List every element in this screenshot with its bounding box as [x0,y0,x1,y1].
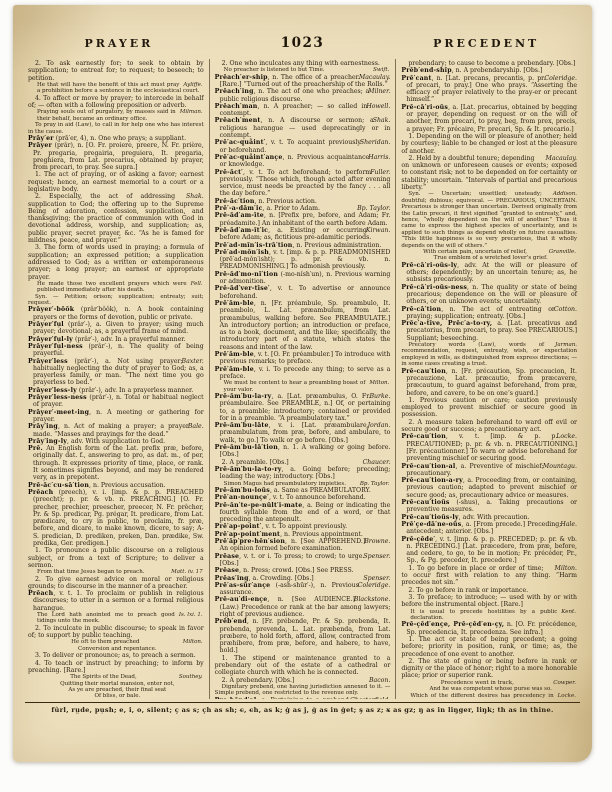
dict-entry: Prē′cantColeridge., n. [Lat. precans, pr… [401,75,577,104]
headword: Prē′-a-dăm′ic [215,205,263,212]
dict-entry: Prē-ăm′bu-loŭs, a. Same as PREAMBULATORY… [215,487,391,494]
dict-entry: Prē-ăm′bu-la-ryBurke., a. [Lat. præambul… [215,393,391,422]
dict-entry: Prē′ad-mĭn′is-trā′tion, n. Previous admi… [215,242,391,249]
dict-entry: Prāyer′fụl-ly (prâr′-), adv. In a prayer… [28,336,204,343]
headword: Prē-cau′tion [401,433,446,440]
headword: Prē-cau′tioŭs [401,499,449,506]
dict-entry: Prē-ăd′ver-tīse′, v. t. To advertise or … [215,285,391,300]
dict-entry: Prāy′ing-ly, adv. With supplication to G… [28,438,204,445]
dict-entry: Prāyer′fụl-ness (prâr′-), n. The quality… [28,343,204,358]
dict-entry: Pre-bĕnd′alChesterfield., a. Pertaining … [215,697,391,699]
dict-quote: Matt. iv. 17From that time Jesus began t… [28,569,204,575]
dict-para: 3. The form of words used in praying; a … [28,244,204,280]
dict-entry: Prēas′ingSpenser., a. Crowding. [Obs.] [215,575,391,582]
dict-entry: Prāyer (prâr), n. [O. Fr. proiere, preer… [28,142,204,171]
citation: Browne. [365,538,390,545]
dict-note: Jarman.Precatory words (Law), words of r… [401,342,577,368]
headword: Prēach′ment [215,117,261,124]
left-guide-word: PRAYER [27,37,211,50]
dict-para: Milton.1. To go before in place or order… [401,565,577,587]
headword: Prē-cā′ri-oŭs-ness [401,284,467,291]
citation: Milton. [365,380,389,386]
dict-para: 1. The act or state of being precedent; … [401,636,577,658]
headword: Prē′ac-quãint′ançe [215,154,283,161]
dict-entry: Prē-cā′ri-oŭs-ness, n. The quality or st… [401,284,577,306]
citation: Bp. Taylor. [358,205,390,212]
scanned-dictionary-page: PRAYER 1023 PRECEDENT 2. To ask earnestl… [13,5,592,762]
citation: Macaulay. [535,155,577,162]
headword: Prāyer′-meet-ing [28,409,89,416]
headword: Prāyer′fụl-ly [28,336,73,343]
dict-para: Bacon.2. A prebendary. [Obs.] [215,677,391,684]
citation: Locke. [557,433,577,440]
headword: Prē′çe-dā′ne-oŭs [401,521,461,528]
dict-entry: Prēach′mentShak., n. A discourse or serm… [215,117,391,139]
dict-para: 1. The stipend or maintenance granted to… [215,655,391,677]
headword: Pre-bĕnd′al [215,697,257,699]
citation: Kent. [557,609,576,615]
headword: Prāy′ing-ly [28,438,67,445]
dict-para: 1. The act of praying, or of asking a fa… [28,171,204,193]
headword: Prē-cau′tion-a-ry [401,477,463,484]
headword: Prē-ăd′am-īte [215,212,264,219]
citation: Bale. [189,423,204,430]
headword: Prē-çēde′ [401,536,435,543]
headword: Prāyer′fụl [28,321,64,328]
dict-para: 2. One who inculcates any thing with ear… [215,60,391,67]
headword: Prēach [28,489,53,496]
headword: Prē-çēd′ençe, Prē-çēd′en-çy, [401,621,504,628]
dict-note: To pray in aid (Law), to call in for hel… [28,122,204,135]
citation: Harris. [369,154,390,161]
dict-quote: Locke.Which of the different desires has… [401,693,577,700]
dict-entry: Prēase, n. Press; crowd. [Obs.] See PRES… [215,567,391,574]
headword: Prē-cā′ri-oŭs [401,104,448,111]
dict-entry: Prē-ăm′bu-lāteJordan., v. i. [Lat. præam… [215,422,391,444]
dict-entry: Prāyer′lessBaxter. (prâr′-), a. Not usin… [28,358,204,387]
dict-entry: Prĕc′a-tīve, Prĕc′a-to-ry, a. [Lat. prec… [401,320,577,342]
dict-entry: Prē′ap-point′ment, n. Previous appointme… [215,531,391,538]
headword: Prēase [215,567,239,574]
dict-entry: Prēach (preech), v. i. [imp. & p. p. PRE… [28,489,204,547]
headword: Prēach′man [215,103,258,110]
headword: Prāyer′less-ly [28,387,77,394]
dict-entry: Prē-ăd′mo-nĭ′tion (-mo-nĭsh′un), n. Prev… [215,271,391,286]
citation: Mountagu. [544,463,577,470]
dict-entry: Prē′as-sūr′ançeColeridge. (-ash-shūr′-),… [215,582,391,597]
headword: Prēase [215,553,239,560]
headword: Prē-cau′tion-al [401,463,455,470]
headword: Prē′ăm-ble [215,351,254,358]
dict-entry: Prē′ac-quãint′Sheridan., v. t. To acquai… [215,139,391,154]
dict-entry: Prē-cau′tioŭs-ly, adv. With precaution. [401,514,577,521]
headword: Prē-cau′tion [401,368,446,375]
headword: Prĕc′a-tīve, Prĕc′a-to-ry, [401,320,492,327]
headword: Prēach [28,590,53,597]
headword: Prē′ap-point′ment [215,531,280,538]
dict-quote: Fell.He made those two excellent prayers… [28,281,204,294]
headword: Prē-cā′tion [401,306,441,313]
dict-entry: Prēach′er-shipMacaulay., n. The office o… [215,74,391,89]
headword: Prē-au′di-ençe [215,596,268,603]
citation: Shak. [175,193,204,200]
citation: Milner. [369,88,390,95]
dict-entry: Prē-ăd′am-ĭt′icKirwan., a. Existing or o… [215,227,391,242]
dict-para: 2. To give earnest advice on moral or re… [28,576,204,591]
dict-entry: Prē-ăd′am-īte, n. [Prefix pre, before, a… [215,212,391,227]
dict-entry: Prē-au′di-ençeBlackstone., n. [See AUDIE… [215,596,391,618]
dict-entry: Prē-ăct′Fuller., v. t. To act beforehand… [215,169,391,198]
dict-entry: Prē′ăp′pre-hĕn′sionBrowne., n. [See APPR… [215,538,391,553]
headword: Prē′ad-mŏn′ish [215,249,269,256]
headword: Prē-ăd′ver-tīse′ [215,285,270,292]
dict-entry: Prē-cā′ri-oŭs-ly, adv. At the will or pl… [401,262,577,284]
citation: Cotton. [555,306,577,313]
dict-entry: Prēach′ingMilner., n. The act of one who… [215,88,391,103]
headword: Prē-ăc′cu-sā′tion [28,482,89,489]
citation: Is. lxi. 1. [175,612,203,618]
dict-para: Shak.2. Especially, the act of addressin… [28,193,204,244]
headword: Prē-ăm′bu-la-ry [215,393,272,400]
citation: Cowper. [549,680,576,686]
dict-syn: Syn. — Petition; orison; supplication; e… [28,294,204,307]
headword: Prē-ăct′ [215,169,243,176]
citation: Blackstone. [355,596,390,603]
dict-entry: Prē-cau′tion, n. [Fr. précaution, Sp. pr… [401,368,577,397]
headword: Prē-ăm′bu-loŭs [215,487,270,494]
dict-entry: Prāyer′-meet-ing, n. A meeting or gather… [28,409,204,424]
dict-entry: Prĕb′end, n. [Fr. prébende, Pr. & Sp. pr… [215,618,391,654]
dict-quote: Kent.It is usual to precede hostilities … [401,609,577,622]
dict-quote: Milton.We must be content to hear a prea… [215,380,391,393]
dict-para: 2. To inculcate in public discourse; to … [28,625,204,640]
dict-para: prebendary; to cause to become a prebend… [401,60,577,67]
citation: Howell. [367,103,390,110]
dict-entry: Prāyer′less-ness (prâr′-), n. Total or h… [28,394,204,409]
citation: Milton. [179,639,203,645]
headword: Prē′ad-mĭn′is-trā′tion [215,242,293,249]
dict-para: 3. To deliver or pronounce; as, to preac… [28,652,204,659]
headword: Prē. [28,445,43,452]
dict-para: 1. Previous caution or care; caution pre… [401,397,577,419]
dict-entry: Prē′ăm-ble, v. i. To precede any thing; … [215,366,391,381]
headword: Prē′an-nounçe′ [215,494,269,501]
dict-entry: Prēach, v. t. 1. To proclaim or publish … [28,590,204,612]
headword: Prāy′er [28,135,54,142]
headword: Prē-ăn′te-pe-nŭlt′i-mate [215,502,303,509]
dict-entry: Prē-cau′tion-alMountagu., a. Preventive … [401,463,577,478]
dict-entry: Prē-çēde′, v. t. [imp. & p. p. PRECEDED;… [401,536,577,565]
dict-entry: Prāyer′fụl (prâr′-), a. Given to prayer;… [28,321,204,336]
citation: Chaucer. [352,459,391,466]
headword: Prĕb′end-shĭp [401,67,451,74]
dict-entry: Prē′çe-dā′ne-oŭsHale., a. [From precede.… [401,521,577,536]
dict-entry: Prē-cau′tionLocke., v. t. [imp. & p. p. … [401,433,577,462]
headword: Prēas′ing [215,575,249,582]
pronunciation-key: fûrl, rṳde, pụsh; e, i, o, silent; ç as … [13,703,592,714]
dictionary-column-1: 2. To ask earnestly for; to seek to obta… [23,59,209,699]
citation: Shak. [374,117,391,124]
dict-para: 2. To ask earnestly for; to seek to obta… [28,60,204,82]
headword: Prāyer′less [28,358,68,365]
headword: Prēach′er-ship [215,74,268,81]
dict-para: Chaucer.2. A preamble. [Obs.] [215,459,391,466]
citation: Sheridan. [361,139,390,146]
citation: Hale. [561,521,577,528]
headword: Prē′ăp′pre-hĕn′sion [215,538,285,545]
dict-entry: Prē′ap-point′, v. t. To appoint previous… [215,523,391,530]
dictionary-column-3: prebendary; to cause to become a prebend… [395,59,582,699]
dict-syn: Addison.Syn. — Uncertain; unsettled; uns… [401,191,577,249]
citation: Spenser. [364,575,390,582]
citation: Bacon. [358,677,390,684]
headword: Prē′ăm-ble [215,366,254,373]
headword: Prē-ăd′am-ĭt′ic [215,227,268,234]
dict-entry: Prē-cā′ri-oŭs, a. [Lat. precarius, obtai… [401,104,577,133]
dict-entry: Prē-ăc′tion, n. Previous action. [215,198,391,205]
dict-para: 4. To affect or move by prayer; to inter… [28,95,204,110]
dict-para: 4. To teach or instruct by preaching; to… [28,660,204,675]
headword: Prē-ăm′bu-lāte [215,422,269,429]
citation: Coleridge. [359,582,391,589]
citation: Locke. [554,693,576,699]
dict-entry: Prē-cā′tionCotton., n. The act of entrea… [401,306,577,321]
dict-entry: Prē′-a-dăm′icBp. Taylor., a. Prior to Ad… [215,205,391,212]
headword: Prē-cau′tioŭs-ly [401,514,458,521]
citation: Southey. [175,674,203,680]
headword: Prē-ăd′mo-nĭ′tion [215,271,278,278]
dict-entry: Prāy′er (prā′er, 4), n. One who prays; a… [28,135,204,142]
dict-note: Dignitary prebend, one having jurisdicti… [215,684,391,697]
dict-para: 2. The state of going or being before in… [401,658,577,680]
headword: Prē-cā′ri-oŭs-ly [401,262,457,269]
headword: Prĕb′end [215,618,247,625]
dict-quote: Milman.Praying souls out of purgatory, b… [28,109,204,122]
dict-verse: Milton.He oft to them preached Conversio… [28,639,204,652]
dict-entry: Prē-ăc′cu-sā′tion, n. Previous accusatio… [28,482,204,489]
headword: Prāyer′less-ness [28,394,87,401]
headword: Prē′ăm-ble [215,300,254,307]
dict-entry: Prē′ac-quãint′ançeHarris., n. Previous a… [215,154,391,169]
citation: Milman. [176,109,203,115]
dict-entry: Prē-ăn′te-pe-nŭlt′i-mate, a. Being or in… [215,502,391,524]
citation: Bp. Taylor. [356,481,390,487]
page-number: 1023 [211,35,395,51]
headword: Prāyer [28,142,52,149]
dict-entry: Prāyer′-bŏŏk (prâr′bŏŏk), n. A book cont… [28,306,204,321]
right-guide-word: PRECEDENT [394,37,578,50]
dict-para: 3. To preface; to introduce; — used with… [401,594,577,609]
dict-entry: Prĕb′end-shĭp, n. A prebendaryship. [Obs… [401,67,577,74]
dict-entry: PrēaseSpenser., v. t. or i. To press; to… [215,553,391,568]
dict-entry: Prāyer′less-ly (prâr′-), adv. In a praye… [28,387,204,394]
dict-para: 2. To go before in rank or importance. [401,587,577,594]
dict-quote: Is. lxi. 1.The Lord hath anointed me to … [28,612,204,625]
headword: Prē′as-sūr′ançe [215,582,271,589]
headword: Prāy′ing [28,423,58,430]
dict-entry: Prē′ad-mŏn′ish, v. t. [imp. & p. p. PREA… [215,249,391,271]
citation: Jordan. [369,422,391,429]
dict-para: 2. A measure taken beforehand to ward of… [401,419,577,434]
dict-entry: Prē-ăm′bu-la-to-ry, a. Going before; pre… [215,466,391,481]
headword: Prē′ac-quãint′ [215,139,266,146]
headword: Prē-ăc′tion [215,198,255,205]
citation: Coleridge. [545,75,577,82]
headword: Prē-ăm′bu-la-to-ry [215,466,282,473]
citation: Matt. iv. 17 [167,569,203,575]
headword: Prēach′ing [215,88,254,95]
dict-verse: Granville.With certain pain, uncertain o… [401,249,577,262]
dictionary-column-2: 2. One who inculcates any thing with ear… [209,59,396,699]
dict-verse: Cowper.Precedence went in track, And he … [401,680,577,693]
citation: Burke. [370,393,390,400]
dict-para: 1. Depending on the will or pleasure of … [401,133,577,155]
dict-verse: Southey.The Spirits of the Dead, Quittin… [28,674,204,699]
dict-entry: Prē-cau′tion-a-ry, a. Proceeding from, o… [401,477,577,499]
dict-entry: Prē-cau′tioŭs (-shus), a. Taking precaut… [401,499,577,514]
dict-entry: Prēach′manHowell., n. A preacher; — so c… [215,103,391,118]
dict-quote: Ayliffe.He that will have the benefit of… [28,82,204,95]
dict-entry: Prē-ăm′bu-lā′tion, n. 1. A walking or go… [215,444,391,459]
dict-para: 1. To pronounce a public discourse on a … [28,547,204,569]
headword: Prē′cant [401,75,431,82]
dict-entry: Prē. An English form of the Lat. prefix … [28,445,204,481]
headword: Prē-ăm′bu-lā′tion [215,444,278,451]
running-head: PRAYER 1023 PRECEDENT [13,5,592,59]
dict-entry: Prē′ăm-ble, v. t. [O. Fr. préambuler.] T… [215,351,391,366]
dict-para: Macaulay.2. Held by a doubtful tenure; d… [401,155,577,191]
citation: Macaulay. [360,74,390,81]
text-columns: 2. To ask earnestly for; to seek to obta… [23,59,582,699]
citation: Chesterfield. [351,697,390,699]
dict-entry: Prē-çēd′ençe, Prē-çēd′en-çy, n. [O. Fr. … [401,621,577,636]
dict-entry: Prē′an-nounçe′, v. t. To announce before… [215,494,391,501]
citation: Ayliffe. [179,82,202,88]
citation: Kirwan. [367,227,391,234]
citation: Granville. [545,249,576,255]
citation: Spenser. [364,553,390,560]
citation: Fell. [187,281,203,287]
headword: Prē′ap-point′ [215,523,262,530]
dict-entry: Prē′ăm-ble, n. [Fr. préambule, Sp. pream… [215,300,391,351]
citation: Fuller. [371,169,390,176]
headword: Prāyer′fụl-ness [28,343,83,350]
citation: Addison. [542,191,577,197]
citation: Jarman. [544,342,577,348]
citation: Baxter. [183,358,204,365]
citation: Milton. [544,565,577,572]
dict-entry: Prāy′ingBale., n. Act of making a prayer… [28,423,204,438]
headword: Prāyer′-bŏŏk [28,306,74,313]
